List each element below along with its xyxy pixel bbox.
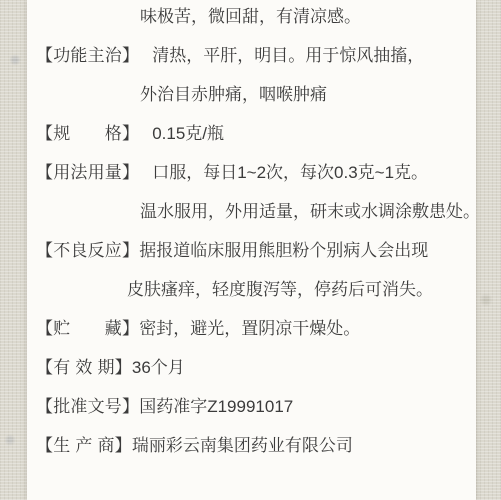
page-background: { "colors": { "page_background": "#dbd8c… [0,0,501,500]
storage-row: 【贮 藏】 密封，避光，置阴凉干燥处。 [36,319,476,337]
field-value: 口服，每日1~2次，每次0.3克~1克。 [152,163,428,182]
field-value: 味极苦，微回甜，有清凉感。 [140,7,361,26]
field-label: 【不良反应】 [36,241,139,260]
field-value: 瑞丽彩云南集团药业有限公司 [132,436,353,455]
adverse-reactions-continuation-row: 皮肤瘙痒，轻度腹泻等，停药后可消失。 [36,280,476,298]
validity-period-row: 【有 效 期】 36个月 [36,358,476,376]
dosage-continuation-row: 温水服用，外用适量，研末或水调涂敷患处。 [36,202,476,220]
dosage-row: 【用法用量】 口服，每日1~2次，每次0.3克~1克。 [36,163,476,181]
field-label: 【功能主治】 [36,46,139,65]
field-value: 外治目赤肿痛，咽喉肿痛 [140,85,327,104]
field-value: 温水服用，外用适量，研末或水调涂敷患处。 [140,202,480,221]
label-content-panel: 味极苦，微回甜，有清凉感。 【功能主治】 清热，平肝，明目。用于惊风抽搐， 外治… [27,0,476,500]
field-value: 0.15克/瓶 [152,124,224,143]
functions-indications-row: 【功能主治】 清热，平肝，明目。用于惊风抽搐， [36,46,476,64]
field-label: 【生 产 商】 [36,436,132,455]
field-label: 【规 格】 [36,124,139,143]
field-value: 清热，平肝，明目。用于惊风抽搐， [152,46,424,65]
adverse-reactions-row: 【不良反应】 据报道临床服用熊胆粉个别病人会出现 [36,241,476,259]
taste-description-row: 味极苦，微回甜，有清凉感。 [36,7,476,25]
field-value: 据报道临床服用熊胆粉个别病人会出现 [139,241,428,260]
manufacturer-row: 【生 产 商】 瑞丽彩云南集团药业有限公司 [36,436,476,454]
functions-indications-continuation-row: 外治目赤肿痛，咽喉肿痛 [36,85,476,103]
field-value: 皮肤瘙痒，轻度腹泻等，停药后可消失。 [127,280,433,299]
approval-number-row: 【批准文号】 国药准字Z19991017 [36,397,476,415]
field-value: 国药准字Z19991017 [139,397,293,416]
field-label: 【批准文号】 [36,397,139,416]
field-value: 36个月 [132,358,185,377]
field-label: 【贮 藏】 [36,319,139,338]
field-value: 密封，避光，置阴凉干燥处。 [139,319,360,338]
specification-row: 【规 格】 0.15克/瓶 [36,124,476,142]
field-label: 【有 效 期】 [36,358,132,377]
field-label: 【用法用量】 [36,163,139,182]
